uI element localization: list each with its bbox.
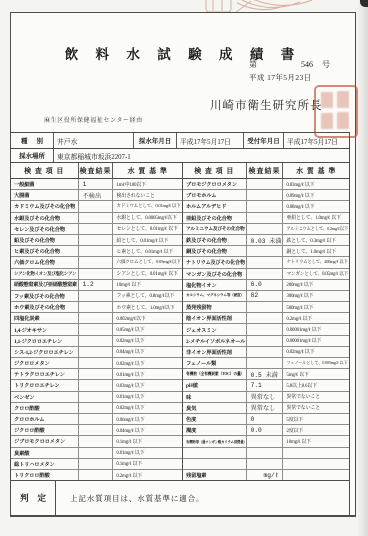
table-row: ブロモホルム 0.09mg/ℓ 以下	[183, 190, 349, 201]
table-row: 色度 0 5度以下	[183, 414, 349, 425]
table-row: 硝酸態窒素及び亜硝酸態窒素 1.2 10mg/ℓ 以下	[11, 280, 182, 291]
quality-standard: 水銀として、0.0005mg/ℓ以下	[113, 213, 182, 223]
reception-date-label: 受付年月日	[244, 133, 284, 148]
header-test-result: 検査結果	[79, 163, 114, 178]
test-item: 濁度	[183, 425, 247, 435]
table-body-left: 一般細菌 1 1mℓ中100以下 大腸菌 不検出 検出されないこと カドミウム及…	[11, 179, 182, 481]
seal-glyph	[337, 112, 349, 129]
table-body-right: ブロモジクロロメタン 0.03mg/ℓ 以下 ブロモホルム 0.09mg/ℓ 以…	[183, 179, 349, 481]
quality-standard: 0.02mg/ℓ 以下	[283, 347, 349, 357]
table-row: ジクロロメタン 0.02mg/ℓ 以下	[11, 358, 182, 369]
quality-standard: カドミウムとして、0.01mg/ℓ 以下	[113, 201, 182, 211]
table-row: フェノール類 フェノールとして、0.005mg/ℓ 以下	[183, 358, 349, 369]
test-result	[247, 358, 284, 368]
test-result	[79, 246, 114, 256]
test-item: アルミニウム及びその化合物	[183, 224, 247, 234]
table-row: 1,1-ジクロロエチレン 0.02mg/ℓ 以下	[11, 336, 182, 347]
quality-standard	[283, 448, 349, 458]
water-quality-table: 検 査 項 目 検査結果 水 質 基 準 一般細菌 1 1mℓ中100以下 大腸…	[11, 162, 350, 481]
quality-standard: 0.1mg/ℓ 以下	[113, 459, 182, 469]
test-result	[247, 269, 284, 279]
quality-standard: フェノールとして、0.005mg/ℓ 以下	[283, 358, 349, 368]
test-item: シアン化物イオン及び塩化シアン	[11, 269, 79, 279]
test-result: 異常なし	[247, 392, 284, 402]
test-item: ホウ素及びその化合物	[11, 302, 79, 312]
test-item: 亜鉛及びその化合物	[183, 213, 247, 223]
test-item: 鉛及びその化合物	[11, 235, 79, 245]
test-item: ブロモホルム	[183, 190, 247, 200]
test-item: ジクロロ酢酸	[11, 425, 79, 435]
test-item: ナトリウム及びその化合物	[183, 257, 247, 267]
test-result	[79, 448, 114, 458]
quality-standard: ヒ素として、0.01mg/ℓ 以下	[113, 246, 182, 256]
quality-standard: 1mℓ中100以下	[113, 179, 182, 189]
test-item: ベンゼン	[11, 392, 79, 402]
official-seal-stamp	[314, 85, 358, 138]
table-row: ジェオスミン 0.00001mg/ℓ 以下	[183, 324, 349, 335]
test-result	[79, 358, 114, 368]
quality-standard: 0.2mg/ℓ 以下	[283, 313, 349, 323]
test-result	[247, 213, 284, 223]
sampling-date-value: 平成17年5月17日	[177, 133, 244, 148]
test-item: 1,1-ジクロロエチレン	[11, 336, 79, 346]
test-result	[79, 313, 114, 323]
quality-standard: ホウ素として、1.0mg/ℓ以下	[113, 302, 182, 312]
issuer-name: 川崎市衛生研究所長	[210, 97, 323, 113]
test-result	[247, 336, 284, 346]
header-test-item: 検 査 項 目	[11, 163, 79, 178]
quality-standard: 200mg/ℓ 以下	[283, 280, 349, 290]
table-row: ナトリウム及びその化合物 ナトリウムとして、200mg/ℓ 以下	[183, 257, 349, 268]
quality-standard: 0.01mg/ℓ 以下	[113, 369, 182, 379]
table-row: トリクロロエチレン 0.03mg/ℓ 以下	[11, 380, 182, 391]
table-row: シアン化物イオン及び塩化シアン シアンとして、0.01mg/ℓ 以下	[11, 269, 182, 280]
test-result: 0	[247, 414, 284, 424]
test-result: 0.0	[247, 425, 284, 435]
table-row: 非イオン界面活性剤 0.02mg/ℓ 以下	[183, 347, 349, 358]
table-row: アルミニウム及びその化合物 アルミニウムとして、0.2mg/ℓ以下	[183, 224, 349, 235]
table-row: 一般細菌 1 1mℓ中100以下	[11, 179, 182, 190]
test-result: 6.0	[247, 280, 284, 290]
table-row: 水銀及びその化合物 水銀として、0.0005mg/ℓ以下	[11, 213, 182, 224]
sample-info-row: 種別 井戸水 採水年月日 平成17年5月17日 受付年月日 平成17年5月17日	[11, 133, 349, 149]
document-number: 第 546 号	[249, 59, 343, 70]
quality-standard: マンガンとして、0.05mg/ℓ 以下	[283, 269, 349, 279]
test-item: シス-1,2-ジクロロエチレン	[11, 347, 79, 357]
routing-note: 麻生区役所保健福祉センター経由	[44, 115, 143, 124]
test-item: トリクロロエチレン	[11, 380, 79, 390]
table-row: 鉛及びその化合物 鉛として、0.01mg/ℓ 以下	[11, 235, 182, 246]
test-result: 0.5 未満	[247, 369, 284, 379]
test-item: ジクロロメタン	[11, 358, 79, 368]
table-row: 有機物（全有機炭素（TOC）の量） 0.5 未満 5mg/ℓ 以下	[183, 369, 349, 380]
test-item: 蒸発残留物	[183, 302, 247, 312]
test-item: カルシウム、マグネシウム等（硬度）	[183, 291, 247, 301]
table-row: ホルムアルデヒド 0.08mg/ℓ 以下	[183, 201, 349, 212]
test-item: 一般細菌	[11, 179, 79, 189]
table-row: フッ素及びその化合物 フッ素として、0.8mg/ℓ以下	[11, 291, 182, 302]
table-left-half: 検 査 項 目 検査結果 水 質 基 準 一般細菌 1 1mℓ中100以下 大腸…	[11, 163, 183, 481]
document-scan: 飲 料 水 試 験 成 績 書 第 546 号 平成 17年5月23日 川崎市衛…	[0, 0, 368, 536]
quality-standard: 10mg/ℓ 以下	[113, 280, 182, 290]
test-item: ジブロモクロロメタン	[11, 436, 79, 446]
test-result	[247, 201, 284, 211]
test-result	[247, 324, 284, 334]
test-item: 有機物等（過マンガン酸カリウム消費量）	[183, 436, 247, 446]
test-result	[79, 380, 114, 390]
test-item	[183, 448, 247, 458]
test-result	[247, 246, 284, 256]
test-item: 臭気	[183, 403, 247, 413]
test-result	[79, 414, 114, 424]
quality-standard: 0.08mg/ℓ 以下	[283, 201, 349, 211]
seal-glyph	[337, 91, 349, 108]
test-item: pH値	[183, 380, 247, 390]
table-row: ジクロロ酢酸 0.04mg/ℓ 以下	[11, 425, 182, 436]
quality-standard: 0.06mg/ℓ 以下	[113, 414, 182, 424]
test-result	[79, 213, 114, 223]
test-result	[79, 347, 114, 357]
table-row: ジブロモクロロメタン 0.1mg/ℓ 以下	[11, 436, 182, 447]
quality-standard: 0.00001mg/ℓ 以下	[283, 336, 349, 346]
quality-standard: 異常でないこと	[283, 403, 349, 413]
test-result	[79, 392, 114, 402]
table-row: 四塩化炭素 0.002mg/ℓ以下	[11, 313, 182, 324]
test-result	[79, 257, 114, 267]
table-row: ヒ素及びその化合物 ヒ素として、0.01mg/ℓ 以下	[11, 246, 182, 257]
judgment-text: 上記水質項目は、水質基準に適合。	[56, 481, 349, 515]
test-result	[247, 448, 284, 458]
table-row: ベンゼン 0.01mg/ℓ 以下	[11, 392, 182, 403]
quality-standard: 0.05mg/ℓ 以下	[113, 324, 182, 334]
test-item: 塩化物イオン	[183, 280, 247, 290]
sample-type-value: 井戸水	[54, 133, 134, 148]
document-number-prefix: 第	[249, 59, 257, 70]
table-row: クロロホルム 0.06mg/ℓ 以下	[11, 414, 182, 425]
test-item: 銅及びその化合物	[183, 246, 247, 256]
quality-standard: 500mg/ℓ 以下	[283, 302, 349, 312]
test-item: 六価クロム化合物	[11, 257, 79, 267]
document-number-value: 546	[301, 60, 313, 69]
table-row: 臭素酸 0.01mg/ℓ 以下	[11, 448, 182, 459]
sampling-location-value: 東京都稲城市坂浜2207-1	[54, 149, 349, 162]
quality-standard: 0.00001mg/ℓ 以下	[283, 324, 349, 334]
header-test-item: 検 査 項 目	[183, 163, 247, 178]
quality-standard: 亜鉛として、1.0mg/ℓ 以下	[283, 213, 349, 223]
test-item: 総トリハロメタン	[11, 459, 79, 469]
test-item: フッ素及びその化合物	[11, 291, 79, 301]
table-row: テトラクロロエチレン 0.01mg/ℓ 以下	[11, 369, 182, 380]
quality-standard	[283, 459, 349, 469]
table-row: 臭気 異常なし 異常でないこと	[183, 403, 349, 414]
test-result	[79, 269, 114, 279]
issue-date: 平成 17年5月23日	[249, 72, 312, 83]
quality-standard: フッ素として、0.8mg/ℓ以下	[113, 291, 182, 301]
test-result	[247, 179, 284, 189]
sampling-date-label: 採水年月日	[134, 133, 177, 148]
test-item: 臭素酸	[11, 448, 79, 458]
test-item: 味	[183, 392, 247, 402]
table-header-row: 検 査 項 目 検査結果 水 質 基 準	[183, 163, 349, 179]
test-item: 非イオン界面活性剤	[183, 347, 247, 357]
table-row: 鉄及びその化合物 0.03 未満 鉄として、0.3mg/ℓ 以下	[183, 235, 349, 246]
test-result	[247, 313, 284, 323]
quality-standard: 5mg/ℓ 以下	[283, 369, 349, 379]
table-row: クロロ酢酸 0.02mg/ℓ 以下	[11, 403, 182, 414]
quality-standard: 0.002mg/ℓ以下	[113, 313, 182, 323]
test-item: クロロホルム	[11, 414, 79, 424]
table-row: 亜鉛及びその化合物 亜鉛として、1.0mg/ℓ 以下	[183, 213, 349, 224]
test-result: 異常なし	[247, 403, 284, 413]
test-item: クロロ酢酸	[11, 403, 79, 413]
test-item: 有機物（全有機炭素（TOC）の量）	[183, 369, 247, 379]
test-item: 大腸菌	[11, 190, 79, 200]
table-row: マンガン及びその化合物 マンガンとして、0.05mg/ℓ 以下	[183, 269, 349, 280]
quality-standard: 5.8以上8.6以下	[283, 380, 349, 390]
scan-edge-shadow	[357, 0, 368, 536]
sample-location-row: 採水場所 東京都稲城市坂浜2207-1	[11, 149, 349, 163]
test-item: ジェオスミン	[183, 324, 247, 334]
sample-info-table: 種別 井戸水 採水年月日 平成17年5月17日 受付年月日 平成17年5月17日…	[11, 132, 350, 163]
table-row: セレン及びその化合物 セレンとして、0.01mg/ℓ 以下	[11, 224, 182, 235]
quality-standard: 六価クロムとして、0.05mg/ℓ以下	[113, 257, 182, 267]
test-result: 1	[79, 179, 114, 189]
test-result	[79, 436, 114, 446]
test-item: フェノール類	[183, 358, 247, 368]
sampling-location-label: 採水場所	[11, 149, 54, 162]
seal-glyph	[321, 113, 333, 129]
header-test-result: 検査結果	[247, 163, 284, 178]
judgment-section: 判定 上記水質項目は、水質基準に適合。	[11, 480, 350, 515]
test-result: 1.2	[79, 280, 114, 290]
table-row: 総トリハロメタン 0.1mg/ℓ 以下	[11, 459, 182, 470]
quality-standard: 0.01mg/ℓ 以下	[113, 392, 182, 402]
table-row: カドミウム及びその化合物 カドミウムとして、0.01mg/ℓ 以下	[11, 201, 182, 212]
quality-standard: ナトリウムとして、200mg/ℓ 以下	[283, 257, 349, 267]
test-result	[247, 224, 284, 234]
test-result: 82	[247, 291, 284, 301]
quality-standard: 0.03mg/ℓ 以下	[113, 380, 182, 390]
quality-standard: 0.03mg/ℓ 以下	[283, 179, 349, 189]
quality-standard: 5度以下	[283, 414, 349, 424]
test-item: ヒ素及びその化合物	[11, 246, 79, 256]
table-row: 味 異常なし 異常でないこと	[183, 392, 349, 403]
table-row: カルシウム、マグネシウム等（硬度） 82 300mg/ℓ 以下	[183, 291, 349, 302]
header-quality-standard: 水 質 基 準	[283, 163, 349, 178]
test-result	[79, 324, 114, 334]
quality-standard: シアンとして、0.01mg/ℓ 以下	[113, 269, 182, 279]
test-result: 0.03 未満	[247, 235, 284, 245]
table-row: 陰イオン界面活性剤 0.2mg/ℓ 以下	[183, 313, 349, 324]
quality-standard: 0.04mg/ℓ 以下	[113, 347, 182, 357]
table-row: ホウ素及びその化合物 ホウ素として、1.0mg/ℓ以下	[11, 302, 182, 313]
test-result	[79, 224, 114, 234]
test-result: 不検出	[79, 190, 114, 200]
test-item: 鉄及びその化合物	[183, 235, 247, 245]
test-result	[79, 302, 114, 312]
test-result	[79, 459, 114, 469]
quality-standard: 異常でないこと	[283, 392, 349, 402]
table-row: 塩化物イオン 6.0 200mg/ℓ 以下	[183, 280, 349, 291]
test-item: 色度	[183, 414, 247, 424]
quality-standard: セレンとして、0.01mg/ℓ 以下	[113, 224, 182, 234]
table-row: 2-メチルイソボルネオール 0.00001mg/ℓ 以下	[183, 336, 349, 347]
test-result	[247, 190, 284, 200]
quality-standard: 0.09mg/ℓ 以下	[283, 190, 349, 200]
test-item: 四塩化炭素	[11, 313, 79, 323]
table-row	[183, 448, 349, 459]
test-result	[79, 403, 114, 413]
test-result	[247, 436, 284, 446]
quality-standard: 0.02mg/ℓ 以下	[113, 403, 182, 413]
test-item: ブロモジクロロメタン	[183, 179, 247, 189]
test-result	[247, 257, 284, 267]
table-row: 蒸発残留物 500mg/ℓ 以下	[183, 302, 349, 313]
certificate-sheet: 飲 料 水 試 験 成 績 書 第 546 号 平成 17年5月23日 川崎市衛…	[10, 12, 356, 517]
test-item: 水銀及びその化合物	[11, 213, 79, 223]
table-row: シス-1,2-ジクロロエチレン 0.04mg/ℓ 以下	[11, 347, 182, 358]
quality-standard: 0.01mg/ℓ 以下	[113, 448, 182, 458]
table-row: ブロモジクロロメタン 0.03mg/ℓ 以下	[183, 179, 349, 190]
test-result	[79, 291, 114, 301]
table-row	[183, 459, 349, 470]
table-row: 濁度 0.0 2度以下	[183, 425, 349, 436]
quality-standard: アルミニウムとして、0.2mg/ℓ以下	[283, 224, 349, 234]
test-item: 陰イオン界面活性剤	[183, 313, 247, 323]
quality-standard: 10mg/ℓ 以下	[283, 436, 349, 446]
test-result	[247, 347, 284, 357]
quality-standard: 検出されないこと	[113, 190, 182, 200]
test-item: 2-メチルイソボルネオール	[183, 336, 247, 346]
quality-standard: 300mg/ℓ 以下	[283, 291, 349, 301]
table-right-half: 検 査 項 目 検査結果 水 質 基 準 ブロモジクロロメタン 0.03mg/ℓ…	[183, 163, 350, 481]
test-result	[79, 336, 114, 346]
table-row: 有機物等（過マンガン酸カリウム消費量） 10mg/ℓ 以下	[183, 436, 349, 447]
test-result	[79, 235, 114, 245]
quality-standard: 銅として、1.0mg/ℓ 以下	[283, 246, 349, 256]
test-result: 7.1	[247, 380, 284, 390]
table-row: pH値 7.1 5.8以上8.6以下	[183, 380, 349, 391]
table-row: 銅及びその化合物 銅として、1.0mg/ℓ 以下	[183, 246, 349, 257]
test-result	[247, 459, 284, 469]
quality-standard: 0.04mg/ℓ 以下	[113, 425, 182, 435]
seal-glyph	[321, 92, 333, 108]
quality-standard: 0.1mg/ℓ 以下	[113, 436, 182, 446]
quality-standard: 鉛として、0.01mg/ℓ 以下	[113, 235, 182, 245]
table-row: 1,4-ジオキサン 0.05mg/ℓ 以下	[11, 324, 182, 335]
table-row: 大腸菌 不検出 検出されないこと	[11, 190, 182, 201]
table-header-row: 検 査 項 目 検査結果 水 質 基 準	[11, 163, 182, 179]
test-item: 1,4-ジオキサン	[11, 324, 79, 334]
scan-artifact-corner	[360, 0, 368, 7]
quality-standard: 0.02mg/ℓ 以下	[113, 336, 182, 346]
document-number-suffix: 号	[322, 59, 330, 70]
test-result	[79, 425, 114, 435]
test-item: マンガン及びその化合物	[183, 269, 247, 279]
sample-type-label: 種別	[11, 133, 54, 148]
test-item: カドミウム及びその化合物	[11, 201, 79, 211]
test-item	[183, 459, 247, 469]
quality-standard: 0.02mg/ℓ 以下	[113, 358, 182, 368]
test-result	[247, 302, 284, 312]
quality-standard: 鉄として、0.3mg/ℓ 以下	[283, 235, 349, 245]
test-item: 硝酸態窒素及び亜硝酸態窒素	[11, 280, 79, 290]
judgment-label: 判定	[11, 481, 56, 515]
test-result	[79, 201, 114, 211]
quality-standard: 2度以下	[283, 425, 349, 435]
test-result	[79, 369, 114, 379]
table-row: 六価クロム化合物 六価クロムとして、0.05mg/ℓ以下	[11, 257, 182, 268]
test-item: テトラクロロエチレン	[11, 369, 79, 379]
header-quality-standard: 水 質 基 準	[113, 163, 182, 178]
test-item: ホルムアルデヒド	[183, 201, 247, 211]
test-item: セレン及びその化合物	[11, 224, 79, 234]
